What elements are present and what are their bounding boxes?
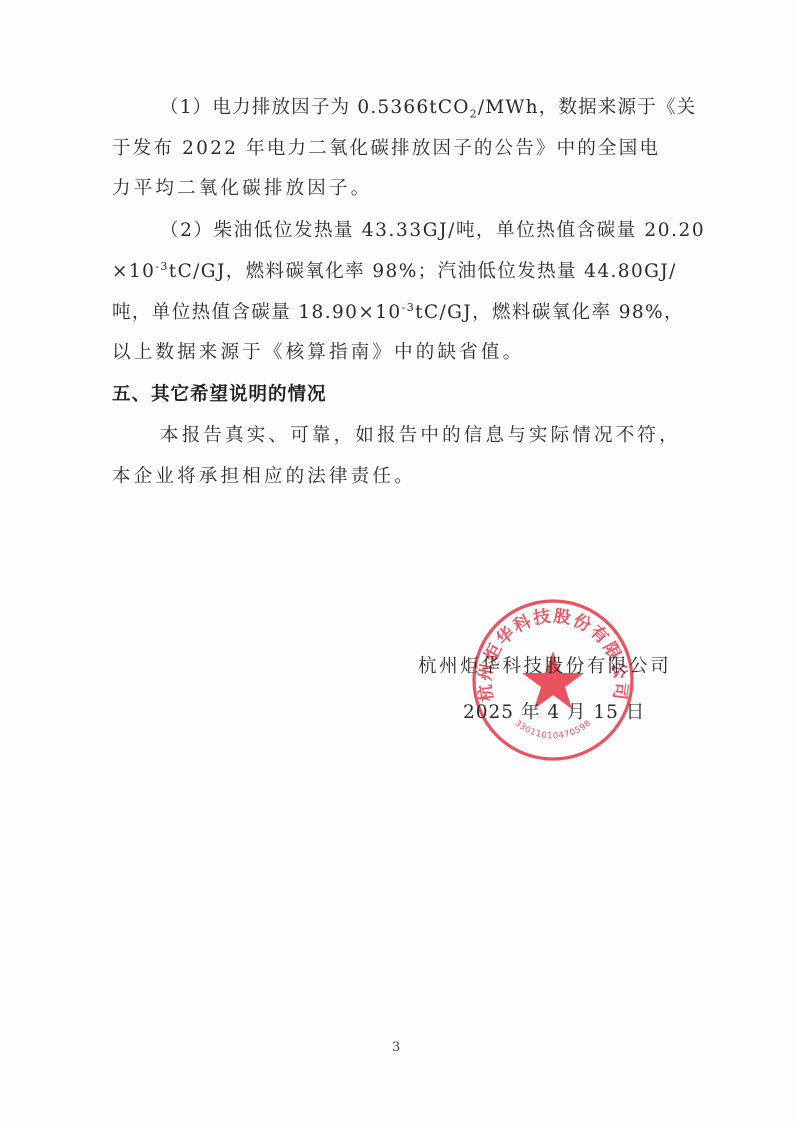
paragraph-1-line-1: （1）电力排放因子为 0.5366tCO2/MWh，数据来源于《关 [160, 96, 674, 120]
section-5-heading: 五、其它希望说明的情况 [112, 383, 674, 407]
paragraph-2-line-1: （2）柴油低位发热量 43.33GJ/吨，单位热值含碳量 20.20 [160, 219, 674, 243]
paragraph-2-line-3: 吨，单位热值含碳量 18.90×10-3tC/GJ，燃料碳氧化率 98%， [112, 301, 674, 325]
signature-date: 2025 年 4 月 15 日 [463, 698, 645, 724]
company-seal-stamp: 杭州炬华科技股份有限公司 33011010470598 [470, 597, 636, 763]
page-number: 3 [392, 1040, 400, 1055]
signature-company: 杭州炬华科技股份有限公司 [418, 652, 671, 678]
document-page: （1）电力排放因子为 0.5366tCO2/MWh，数据来源于《关 于发布 20… [0, 0, 795, 1123]
section-5-line-1: 本报告真实、可靠，如报告中的信息与实际情况不符， [160, 424, 674, 448]
paragraph-1-line-3: 力平均二氧化碳排放因子。 [112, 177, 674, 201]
paragraph-2-line-2: ×10-3tC/GJ，燃料碳氧化率 98%；汽油低位发热量 44.80GJ/ [112, 260, 674, 284]
section-5-line-2: 本企业将承担相应的法律责任。 [112, 465, 674, 489]
paragraph-2-line-4: 以上数据来源于《核算指南》中的缺省值。 [112, 341, 674, 365]
paragraph-1-line-2: 于发布 2022 年电力二氧化碳排放因子的公告》中的全国电 [112, 137, 674, 161]
